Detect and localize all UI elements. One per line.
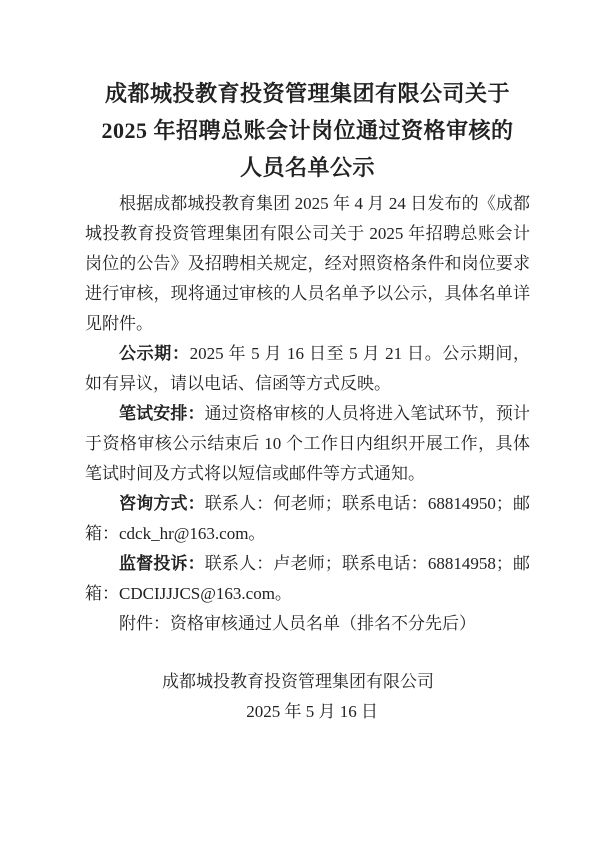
para-supervision: 监督投诉：联系人：卢老师；联系电话：68814958；邮箱：CDCIJJJCS@… (85, 549, 530, 609)
para-publicity-period-label: 公示期： (119, 344, 190, 363)
document-title: 成都城投教育投资管理集团有限公司关于 2025 年招聘总账会计岗位通过资格审核的… (85, 75, 530, 186)
para-intro: 根据成都城投教育集团 2025 年 4 月 24 日发布的《成都城投教育投资管理… (85, 189, 530, 339)
document-body: 根据成都城投教育集团 2025 年 4 月 24 日发布的《成都城投教育投资管理… (85, 189, 530, 727)
para-written-test-label: 笔试安排： (119, 404, 205, 423)
attachment-line: 附件：资格审核通过人员名单（排名不分先后） (85, 609, 530, 639)
para-intro-text: 根据成都城投教育集团 2025 年 4 月 24 日发布的《成都城投教育投资管理… (85, 194, 530, 333)
document-page: 成都城投教育投资管理集团有限公司关于 2025 年招聘总账会计岗位通过资格审核的… (0, 0, 601, 848)
title-line-3: 人员名单公示 (85, 149, 530, 186)
para-supervision-label: 监督投诉： (119, 554, 205, 573)
signature-company: 成都城投教育投资管理集团有限公司 (85, 667, 530, 697)
title-line-1: 成都城投教育投资管理集团有限公司关于 (85, 75, 530, 112)
para-consultation: 咨询方式：联系人：何老师；联系电话：68814950；邮箱：cdck_hr@16… (85, 489, 530, 549)
signature-block: 成都城投教育投资管理集团有限公司 2025 年 5 月 16 日 (85, 667, 530, 727)
para-publicity-period: 公示期：2025 年 5 月 16 日至 5 月 21 日。公示期间，如有异议，… (85, 339, 530, 399)
para-consultation-label: 咨询方式： (119, 494, 205, 513)
title-line-2: 2025 年招聘总账会计岗位通过资格审核的 (85, 112, 530, 149)
para-written-test: 笔试安排：通过资格审核的人员将进入笔试环节，预计于资格审核公示结束后 10 个工… (85, 399, 530, 489)
signature-date: 2025 年 5 月 16 日 (85, 697, 530, 727)
